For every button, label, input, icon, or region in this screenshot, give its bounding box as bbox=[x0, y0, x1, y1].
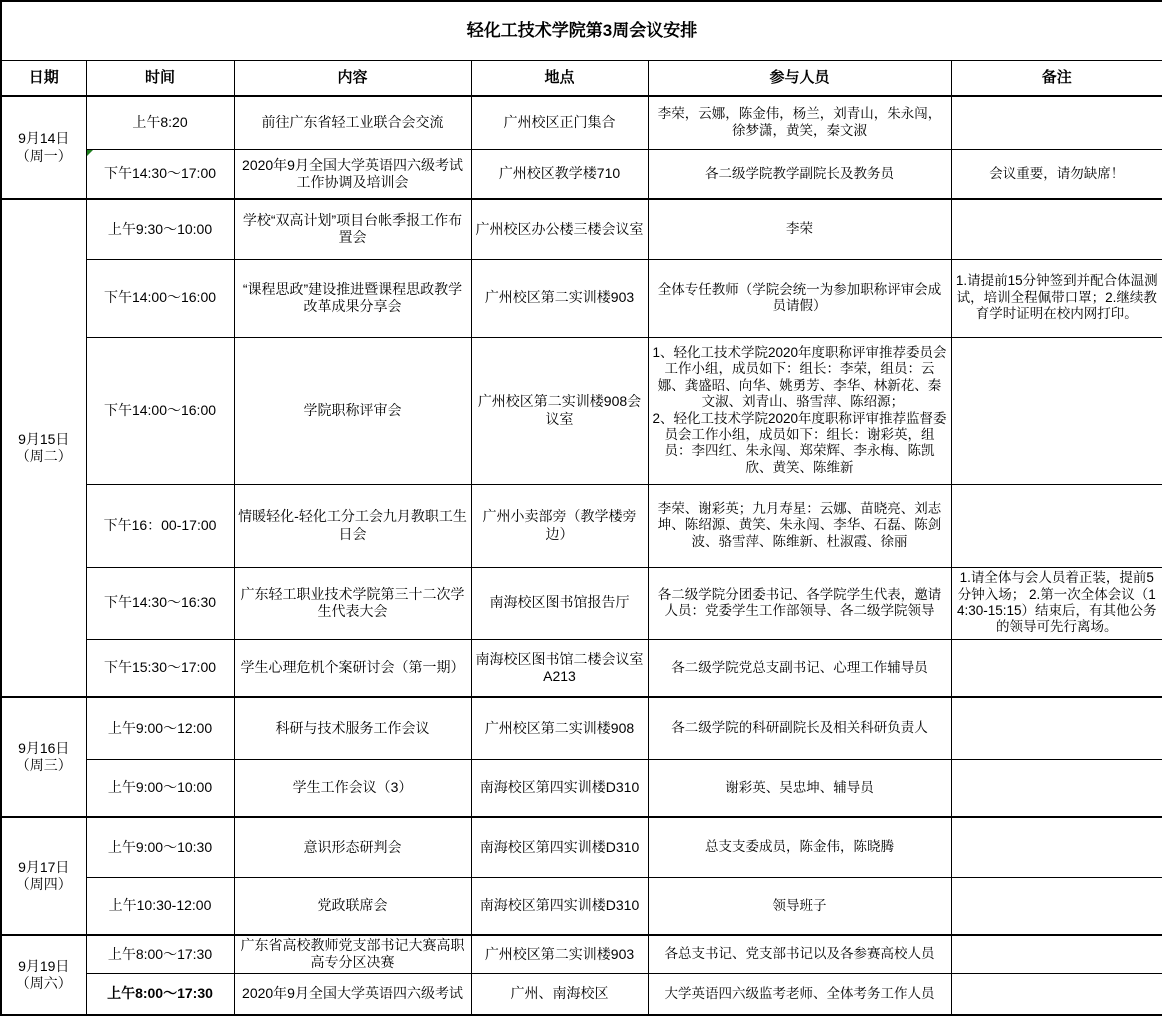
participants-cell: 各二级学院分团委书记、各学院学生代表，邀请人员：党委学生工作部领导、各二级学院领… bbox=[648, 567, 951, 639]
time-label: 下午14:30～17:00 bbox=[104, 165, 216, 181]
notes-cell bbox=[951, 817, 1162, 877]
title-row: 轻化工技术学院第3周会议安排 bbox=[1, 1, 1162, 61]
column-header-date: 日期 bbox=[1, 61, 86, 97]
location-cell: 广州、南海校区 bbox=[471, 973, 648, 1015]
participants-cell: 谢彩英、吴忠坤、辅导员 bbox=[648, 759, 951, 817]
content-cell: 学生工作会议（3） bbox=[234, 759, 471, 817]
date-label: 9月17日 bbox=[5, 859, 83, 876]
time-cell: 上午9:00～12:00 bbox=[86, 697, 234, 759]
content-cell: 广东省高校教师党支部书记大赛高职高专分区决赛 bbox=[234, 935, 471, 973]
location-cell: 南海校区第四实训楼D310 bbox=[471, 877, 648, 935]
table-row: 下午14:30～17:00 2020年9月全国大学英语四六级考试工作协调及培训会… bbox=[1, 149, 1162, 199]
column-header-time: 时间 bbox=[86, 61, 234, 97]
notes-cell bbox=[951, 759, 1162, 817]
location-cell: 广州校区正门集合 bbox=[471, 96, 648, 149]
table-row: 9月19日 （周六） 上午8:00～17:30 广东省高校教师党支部书记大赛高职… bbox=[1, 935, 1162, 973]
notes-cell: 1.请提前15分钟签到并配合体温测试，培训全程佩带口罩；2.继续教育学时证明在校… bbox=[951, 259, 1162, 337]
table-row: 上午9:00～10:00 学生工作会议（3） 南海校区第四实训楼D310 谢彩英… bbox=[1, 759, 1162, 817]
date-cell: 9月17日 （周四） bbox=[1, 817, 86, 935]
time-cell: 上午8:00～17:30 bbox=[86, 935, 234, 973]
participants-cell: 各二级学院的科研副院长及相关科研负责人 bbox=[648, 697, 951, 759]
location-cell: 广州校区第二实训楼903 bbox=[471, 259, 648, 337]
location-cell: 南海校区第四实训楼D310 bbox=[471, 759, 648, 817]
notes-cell bbox=[951, 973, 1162, 1015]
notes-cell bbox=[951, 697, 1162, 759]
content-cell: 2020年9月全国大学英语四六级考试 bbox=[234, 973, 471, 1015]
table-row: 上午8:00～17:30 2020年9月全国大学英语四六级考试 广州、南海校区 … bbox=[1, 973, 1162, 1015]
weekday-label: （周六） bbox=[5, 975, 83, 992]
time-cell: 下午14:30～16:30 bbox=[86, 567, 234, 639]
table-row: 9月17日 （周四） 上午9:00～10:30 意识形态研判会 南海校区第四实训… bbox=[1, 817, 1162, 877]
time-cell: 上午9:30～10:00 bbox=[86, 199, 234, 259]
participants-cell: 各总支书记、党支部书记以及各参赛高校人员 bbox=[648, 935, 951, 973]
content-cell: 情暖轻化-轻化工分工会九月教职工生日会 bbox=[234, 484, 471, 567]
time-cell: 下午15:30～17:00 bbox=[86, 639, 234, 697]
notes-cell bbox=[951, 935, 1162, 973]
participants-cell: 总支支委成员，陈金伟，陈晓腾 bbox=[648, 817, 951, 877]
participants-cell: 各二级学院党总支副书记、心理工作辅导员 bbox=[648, 639, 951, 697]
weekday-label: （周三） bbox=[5, 757, 83, 774]
table-row: 下午16：00-17:00 情暖轻化-轻化工分工会九月教职工生日会 广州小卖部旁… bbox=[1, 484, 1162, 567]
time-cell: 下午14:00～16:00 bbox=[86, 337, 234, 484]
date-cell: 9月19日 （周六） bbox=[1, 935, 86, 1015]
content-cell: 科研与技术服务工作会议 bbox=[234, 697, 471, 759]
participants-cell: 1、轻化工技术学院2020年度职称评审推荐委员会工作小组，成员如下：组长：李荣，… bbox=[648, 337, 951, 484]
date-label: 9月16日 bbox=[5, 740, 83, 757]
content-cell: 前往广东省轻工业联合会交流 bbox=[234, 96, 471, 149]
location-cell: 南海校区图书馆报告厅 bbox=[471, 567, 648, 639]
weekday-label: （周四） bbox=[5, 876, 83, 893]
location-cell: 广州校区办公楼三楼会议室 bbox=[471, 199, 648, 259]
date-cell: 9月15日 （周二） bbox=[1, 199, 86, 697]
date-cell: 9月14日 （周一） bbox=[1, 96, 86, 199]
table-header-row: 日期 时间 内容 地点 参与人员 备注 bbox=[1, 61, 1162, 97]
location-cell: 广州小卖部旁（教学楼旁边） bbox=[471, 484, 648, 567]
table-row: 下午14:00～16:00 “课程思政”建设推进暨课程思政教学改革成果分享会 广… bbox=[1, 259, 1162, 337]
location-cell: 广州校区第二实训楼908会议室 bbox=[471, 337, 648, 484]
notes-cell bbox=[951, 337, 1162, 484]
participants-cell: 李荣 bbox=[648, 199, 951, 259]
time-cell: 上午9:00～10:30 bbox=[86, 817, 234, 877]
green-triangle-icon bbox=[87, 150, 93, 156]
participants-cell: 领导班子 bbox=[648, 877, 951, 935]
table-row: 9月14日 （周一） 上午8:20 前往广东省轻工业联合会交流 广州校区正门集合… bbox=[1, 96, 1162, 149]
notes-cell bbox=[951, 639, 1162, 697]
meeting-schedule-table: 轻化工技术学院第3周会议安排 日期 时间 内容 地点 参与人员 备注 9月14日… bbox=[0, 0, 1162, 1016]
column-header-notes: 备注 bbox=[951, 61, 1162, 97]
time-cell: 下午16：00-17:00 bbox=[86, 484, 234, 567]
content-cell: 意识形态研判会 bbox=[234, 817, 471, 877]
page-title: 轻化工技术学院第3周会议安排 bbox=[1, 1, 1162, 61]
notes-cell bbox=[951, 484, 1162, 567]
table-row: 9月16日 （周三） 上午9:00～12:00 科研与技术服务工作会议 广州校区… bbox=[1, 697, 1162, 759]
content-cell: 学生心理危机个案研讨会（第一期） bbox=[234, 639, 471, 697]
notes-cell bbox=[951, 877, 1162, 935]
content-cell: 学校“双高计划”项目台帐季报工作布置会 bbox=[234, 199, 471, 259]
participants-cell: 李荣，云娜，陈金伟，杨兰，刘青山，朱永闯，徐梦潇，黄笑，秦文淑 bbox=[648, 96, 951, 149]
table-row: 9月15日 （周二） 上午9:30～10:00 学校“双高计划”项目台帐季报工作… bbox=[1, 199, 1162, 259]
time-cell: 下午14:00～16:00 bbox=[86, 259, 234, 337]
participants-cell: 全体专任教师（学院会统一为参加职称评审会成员请假） bbox=[648, 259, 951, 337]
column-header-location: 地点 bbox=[471, 61, 648, 97]
content-cell: 学院职称评审会 bbox=[234, 337, 471, 484]
date-cell: 9月16日 （周三） bbox=[1, 697, 86, 817]
notes-cell: 1.请全体与会人员着正装，提前5分钟入场； 2.第一次全体会议（14:30-15… bbox=[951, 567, 1162, 639]
participants-cell: 李荣、谢彩英；九月寿星：云娜、苗晓亮、刘志坤、陈绍源、黄笑、朱永闯、李华、石磊、… bbox=[648, 484, 951, 567]
location-cell: 南海校区图书馆二楼会议室A213 bbox=[471, 639, 648, 697]
participants-cell: 大学英语四六级监考老师、全体考务工作人员 bbox=[648, 973, 951, 1015]
content-cell: 2020年9月全国大学英语四六级考试工作协调及培训会 bbox=[234, 149, 471, 199]
column-header-content: 内容 bbox=[234, 61, 471, 97]
time-cell: 上午8:00～17:30 bbox=[86, 973, 234, 1015]
date-label: 9月19日 bbox=[5, 958, 83, 975]
content-cell: “课程思政”建设推进暨课程思政教学改革成果分享会 bbox=[234, 259, 471, 337]
time-cell: 上午10:30-12:00 bbox=[86, 877, 234, 935]
content-cell: 党政联席会 bbox=[234, 877, 471, 935]
time-cell: 下午14:30～17:00 bbox=[86, 149, 234, 199]
date-label: 9月14日 bbox=[5, 130, 83, 147]
table-row: 下午15:30～17:00 学生心理危机个案研讨会（第一期） 南海校区图书馆二楼… bbox=[1, 639, 1162, 697]
location-cell: 广州校区教学楼710 bbox=[471, 149, 648, 199]
location-cell: 南海校区第四实训楼D310 bbox=[471, 817, 648, 877]
table-row: 上午10:30-12:00 党政联席会 南海校区第四实训楼D310 领导班子 bbox=[1, 877, 1162, 935]
date-label: 9月15日 bbox=[5, 431, 83, 448]
participants-cell: 各二级学院教学副院长及教务员 bbox=[648, 149, 951, 199]
time-cell: 上午9:00～10:00 bbox=[86, 759, 234, 817]
content-cell: 广东轻工职业技术学院第三十二次学生代表大会 bbox=[234, 567, 471, 639]
notes-cell: 会议重要，请勿缺席！ bbox=[951, 149, 1162, 199]
time-cell: 上午8:20 bbox=[86, 96, 234, 149]
column-header-participants: 参与人员 bbox=[648, 61, 951, 97]
notes-cell bbox=[951, 199, 1162, 259]
location-cell: 广州校区第二实训楼908 bbox=[471, 697, 648, 759]
table-row: 下午14:30～16:30 广东轻工职业技术学院第三十二次学生代表大会 南海校区… bbox=[1, 567, 1162, 639]
table-row: 下午14:00～16:00 学院职称评审会 广州校区第二实训楼908会议室 1、… bbox=[1, 337, 1162, 484]
notes-cell bbox=[951, 96, 1162, 149]
weekday-label: （周二） bbox=[5, 448, 83, 465]
weekday-label: （周一） bbox=[5, 148, 83, 165]
location-cell: 广州校区第二实训楼903 bbox=[471, 935, 648, 973]
